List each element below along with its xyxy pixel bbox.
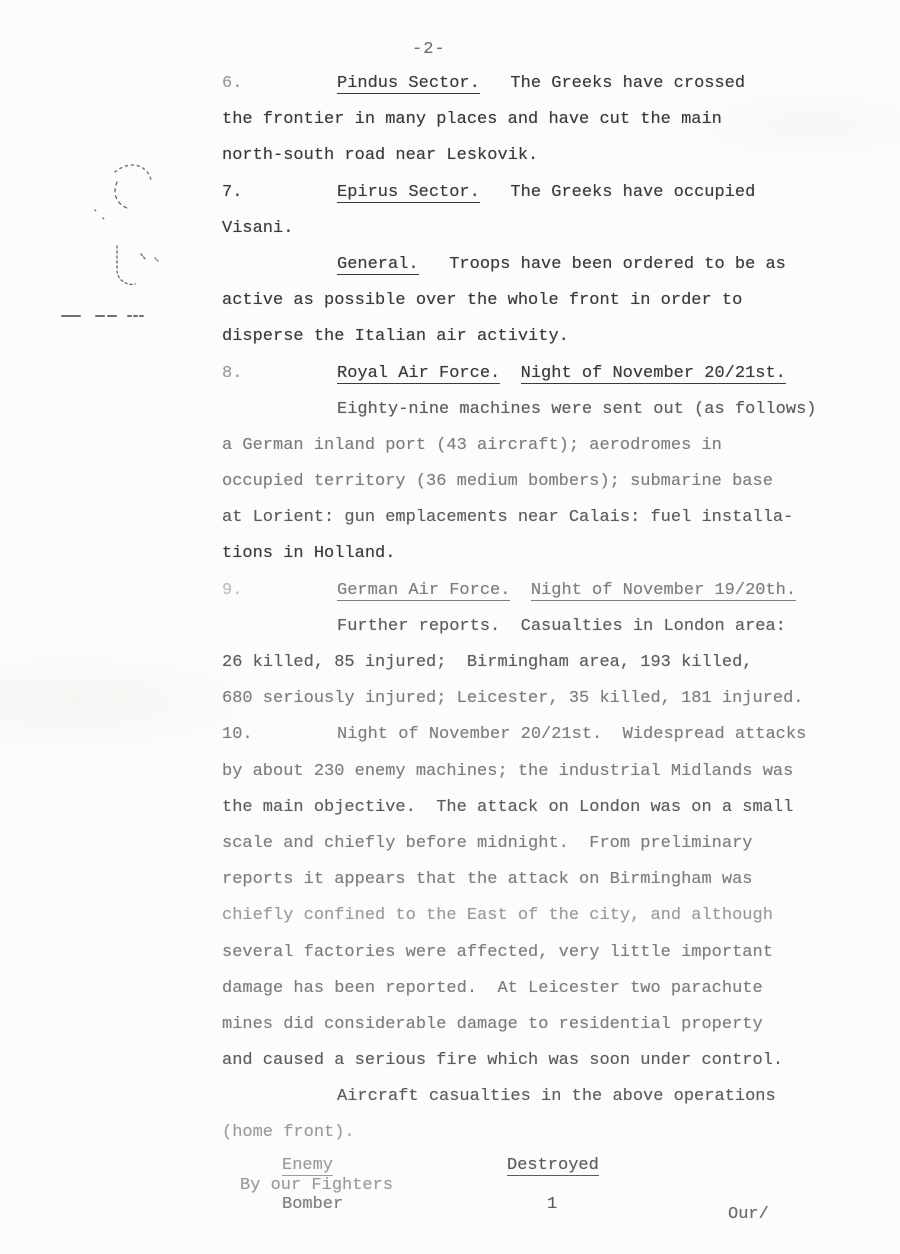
text-line: occupied territory (36 medium bombers); … xyxy=(222,472,822,508)
line-content: 26 killed, 85 injured; Birmingham area, … xyxy=(222,653,753,672)
text-line: Aircraft casualties in the above operati… xyxy=(222,1087,822,1123)
paragraph-number: 9. xyxy=(222,581,242,600)
text-segment: the frontier in many places and have cut… xyxy=(222,110,722,129)
text-segment: chiefly confined to the East of the city… xyxy=(222,906,773,925)
line-content: damage has been reported. At Leicester t… xyxy=(222,979,763,998)
text-segment: tions in Holland. xyxy=(222,544,395,563)
table-header-enemy: Enemy xyxy=(282,1156,333,1176)
text-line: and caused a serious fire which was soon… xyxy=(222,1051,822,1087)
paragraph-number: 7. xyxy=(222,183,242,202)
line-content: chiefly confined to the East of the city… xyxy=(222,906,773,925)
line-content: Pindus Sector. The Greeks have crossed xyxy=(222,74,745,93)
table-header-destroyed: Destroyed xyxy=(507,1156,599,1176)
line-content: General. Troops have been ordered to be … xyxy=(222,255,786,274)
line-content: mines did considerable damage to residen… xyxy=(222,1015,763,1034)
text-segment: Troops have been ordered to be as xyxy=(419,255,786,274)
line-content: (home front). xyxy=(222,1123,355,1142)
text-line: several factories were affected, very li… xyxy=(222,943,822,979)
table-row-by-our-fighters: By our Fighters xyxy=(240,1176,393,1195)
text-segment xyxy=(510,581,530,600)
underlined-heading: Pindus Sector. xyxy=(337,74,480,94)
line-content: Aircraft casualties in the above operati… xyxy=(222,1087,776,1106)
text-line: (home front). xyxy=(222,1123,822,1159)
text-line: by about 230 enemy machines; the industr… xyxy=(222,762,822,798)
underlined-heading: Night of November 19/20th. xyxy=(531,581,796,601)
text-segment: scale and chiefly before midnight. From … xyxy=(222,834,753,853)
line-content: and caused a serious fire which was soon… xyxy=(222,1051,783,1070)
text-line: mines did considerable damage to residen… xyxy=(222,1015,822,1051)
paragraph-number: 10. xyxy=(222,725,253,744)
line-content: by about 230 enemy machines; the industr… xyxy=(222,762,793,781)
text-line: the main objective. The attack on London… xyxy=(222,798,822,834)
line-content: German Air Force. Night of November 19/2… xyxy=(222,581,796,600)
line-content: active as possible over the whole front … xyxy=(222,291,742,310)
line-content: tions in Holland. xyxy=(222,544,395,563)
underlined-heading: German Air Force. xyxy=(337,581,510,601)
text-segment: the main objective. The attack on London… xyxy=(222,798,793,817)
table-row-bomber-value: 1 xyxy=(547,1195,557,1214)
text-segment: Aircraft casualties in the above operati… xyxy=(337,1087,776,1106)
document-body: 6.Pindus Sector. The Greeks have crossed… xyxy=(222,74,822,1160)
text-line: scale and chiefly before midnight. From … xyxy=(222,834,822,870)
line-content: Further reports. Casualties in London ar… xyxy=(222,617,786,636)
text-segment: 26 killed, 85 injured; Birmingham area, … xyxy=(222,653,753,672)
underlined-heading: Night of November 20/21st. xyxy=(521,364,786,384)
text-segment: active as possible over the whole front … xyxy=(222,291,742,310)
line-content: the main objective. The attack on London… xyxy=(222,798,793,817)
text-segment: at Lorient: gun emplacements near Calais… xyxy=(222,508,793,527)
text-segment: damage has been reported. At Leicester t… xyxy=(222,979,763,998)
line-content: Epirus Sector. The Greeks have occupied xyxy=(222,183,755,202)
text-segment: mines did considerable damage to residen… xyxy=(222,1015,763,1034)
line-content: a German inland port (43 aircraft); aero… xyxy=(222,436,722,455)
text-line: 26 killed, 85 injured; Birmingham area, … xyxy=(222,653,822,689)
text-line: damage has been reported. At Leicester t… xyxy=(222,979,822,1015)
line-content: the frontier in many places and have cut… xyxy=(222,110,722,129)
text-line: Visani. xyxy=(222,219,822,255)
page-number: -2- xyxy=(412,40,446,59)
text-line: disperse the Italian air activity. xyxy=(222,327,822,363)
text-segment: Night of November 20/21st. Widespread at… xyxy=(337,725,806,744)
text-segment: a German inland port (43 aircraft); aero… xyxy=(222,436,722,455)
line-content: occupied territory (36 medium bombers); … xyxy=(222,472,773,491)
text-line: Eighty-nine machines were sent out (as f… xyxy=(222,400,822,436)
line-content: at Lorient: gun emplacements near Calais… xyxy=(222,508,793,527)
text-segment: by about 230 enemy machines; the industr… xyxy=(222,762,793,781)
text-line: 10.Night of November 20/21st. Widespread… xyxy=(222,725,822,761)
text-line: north-south road near Leskovik. xyxy=(222,146,822,182)
pencil-scribble-icon xyxy=(55,158,185,333)
text-segment: reports it appears that the attack on Bi… xyxy=(222,870,753,889)
catchword: Our/ xyxy=(728,1205,769,1224)
text-segment: (home front). xyxy=(222,1123,355,1142)
line-content: north-south road near Leskovik. xyxy=(222,146,538,165)
text-line: 9.German Air Force. Night of November 19… xyxy=(222,581,822,617)
text-line: at Lorient: gun emplacements near Calais… xyxy=(222,508,822,544)
text-line: 680 seriously injured; Leicester, 35 kil… xyxy=(222,689,822,725)
line-content: Visani. xyxy=(222,219,293,238)
underlined-heading: Epirus Sector. xyxy=(337,183,480,203)
underlined-heading: Royal Air Force. xyxy=(337,364,500,384)
table-row-bomber-label: Bomber xyxy=(282,1195,343,1214)
text-segment: occupied territory (36 medium bombers); … xyxy=(222,472,773,491)
text-line: 8.Royal Air Force. Night of November 20/… xyxy=(222,364,822,400)
text-line: chiefly confined to the East of the city… xyxy=(222,906,822,942)
line-content: several factories were affected, very li… xyxy=(222,943,773,962)
text-segment: The Greeks have crossed xyxy=(480,74,745,93)
text-line: tions in Holland. xyxy=(222,544,822,580)
underlined-heading: General. xyxy=(337,255,419,275)
text-line: General. Troops have been ordered to be … xyxy=(222,255,822,291)
line-content: 680 seriously injured; Leicester, 35 kil… xyxy=(222,689,804,708)
line-content: Eighty-nine machines were sent out (as f… xyxy=(222,400,816,419)
text-segment: The Greeks have occupied xyxy=(480,183,755,202)
text-line: a German inland port (43 aircraft); aero… xyxy=(222,436,822,472)
text-segment: Eighty-nine machines were sent out (as f… xyxy=(337,400,816,419)
text-line: 6.Pindus Sector. The Greeks have crossed xyxy=(222,74,822,110)
text-segment: north-south road near Leskovik. xyxy=(222,146,538,165)
text-segment: Visani. xyxy=(222,219,293,238)
paragraph-number: 6. xyxy=(222,74,242,93)
line-content: disperse the Italian air activity. xyxy=(222,327,569,346)
text-line: Further reports. Casualties in London ar… xyxy=(222,617,822,653)
line-content: Night of November 20/21st. Widespread at… xyxy=(222,725,806,744)
paragraph-number: 8. xyxy=(222,364,242,383)
text-segment xyxy=(500,364,520,383)
text-segment: and caused a serious fire which was soon… xyxy=(222,1051,783,1070)
margin-dash-marks-icon xyxy=(58,308,158,324)
text-segment: 680 seriously injured; Leicester, 35 kil… xyxy=(222,689,804,708)
line-content: Royal Air Force. Night of November 20/21… xyxy=(222,364,786,383)
text-segment: disperse the Italian air activity. xyxy=(222,327,569,346)
text-line: reports it appears that the attack on Bi… xyxy=(222,870,822,906)
line-content: scale and chiefly before midnight. From … xyxy=(222,834,753,853)
text-line: the frontier in many places and have cut… xyxy=(222,110,822,146)
text-segment: several factories were affected, very li… xyxy=(222,943,773,962)
document-page: -2- 6.Pindus Sector. The Greeks have cro… xyxy=(0,0,900,1254)
line-content: reports it appears that the attack on Bi… xyxy=(222,870,753,889)
text-line: active as possible over the whole front … xyxy=(222,291,822,327)
text-segment: Further reports. Casualties in London ar… xyxy=(337,617,786,636)
text-line: 7.Epirus Sector. The Greeks have occupie… xyxy=(222,183,822,219)
